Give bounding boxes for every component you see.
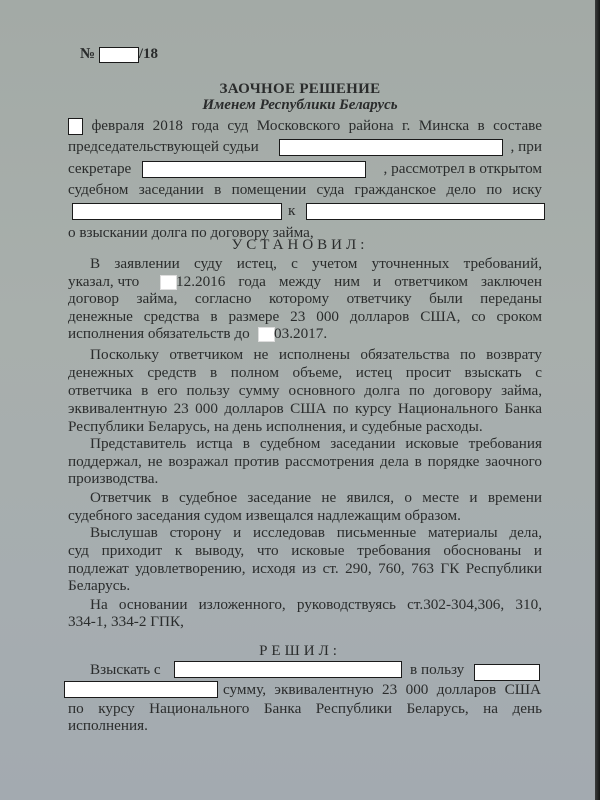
text: председательствующей судьи xyxy=(68,138,259,155)
text: денежных средств в полном объеме, истец … xyxy=(68,364,542,381)
text: , при xyxy=(511,138,542,156)
text: к xyxy=(288,202,295,220)
redaction-box xyxy=(99,47,139,63)
text: в пользу xyxy=(410,661,464,679)
text: сумму, эквивалентную 23 000 долларов США xyxy=(223,681,541,699)
text: денежные средства в размере 23 000 долла… xyxy=(68,308,542,325)
p2-line-2: денежных средств в полном объеме, истец … xyxy=(68,364,542,382)
decision-line-4: исполнения. xyxy=(68,717,542,735)
decision-line-1: Взыскать с в пользу xyxy=(68,661,542,679)
document-subtitle: Именем Республики Беларусь xyxy=(0,97,600,114)
text: договор займа, согласно которому ответчи… xyxy=(68,290,542,307)
redaction-box xyxy=(174,661,402,678)
text: по курсу Национального Банка Республики … xyxy=(68,700,542,717)
text: подлежат удовлетворению, исходя из ст. 2… xyxy=(68,560,542,577)
p6-line-2: 334-1, 334-2 ГПК, xyxy=(68,613,542,631)
p1-line-5: исполнения обязательств до 03.2017. xyxy=(68,325,542,343)
text: Выслушав сторону и исследовав письменные… xyxy=(90,524,542,541)
p2-line-5: Республики Беларусь, на день исполнения,… xyxy=(68,418,542,436)
intro-line-4: судебном заседании в помещении суда граж… xyxy=(68,181,542,199)
text: ответчика в его пользу сумму основного д… xyxy=(68,382,542,399)
text: Беларусь. xyxy=(68,577,130,594)
text: поддержал, не возражал против рассмотрен… xyxy=(68,453,542,470)
text: , рассмотрел в открытом xyxy=(384,160,542,178)
redaction-box xyxy=(160,275,177,290)
redaction-box xyxy=(474,664,540,681)
p1-line-2: указал, что 12.2016 года между ним и отв… xyxy=(68,273,542,291)
text: судебного заседания судом извещался надл… xyxy=(68,507,461,524)
p1-line-3: договор займа, согласно которому ответчи… xyxy=(68,290,542,308)
text: секретаре xyxy=(68,160,131,177)
redaction-box xyxy=(68,118,83,135)
text: производства. xyxy=(68,470,158,487)
p3-line-3: производства. xyxy=(68,470,542,488)
document-title: ЗАОЧНОЕ РЕШЕНИЕ xyxy=(0,81,600,98)
page-edge-shadow xyxy=(595,0,600,800)
text: Республики Беларусь, на день исполнения,… xyxy=(68,418,483,435)
text: Поскольку ответчиком не исполнены обязат… xyxy=(90,346,542,363)
p4-line-1: Ответчик в судебное заседание не явился,… xyxy=(68,489,542,507)
redaction-box xyxy=(258,327,275,342)
text: февраля 2018 года суд Московского района… xyxy=(91,117,542,134)
decision-line-3: по курсу Национального Банка Республики … xyxy=(68,700,542,718)
text: суд приходит к выводу, что исковые требо… xyxy=(68,542,542,559)
text: указал, что xyxy=(68,273,139,290)
section-heading-established: УСТАНОВИЛ: xyxy=(0,237,600,254)
text: Взыскать с xyxy=(68,661,161,678)
text: Представитель истца в судебном заседании… xyxy=(90,435,542,452)
number-sign: № xyxy=(80,46,95,62)
text: эквивалентную 23 000 долларов США по кур… xyxy=(68,400,542,417)
intro-line-2: председательствующей судьи , при xyxy=(68,138,542,156)
text: На основании изложенного, руководствуясь… xyxy=(90,596,542,613)
redaction-box xyxy=(306,203,545,220)
p4-line-2: судебного заседания судом извещался надл… xyxy=(68,507,542,525)
p5-line-2: суд приходит к выводу, что исковые требо… xyxy=(68,542,542,560)
p2-line-3: ответчика в его пользу сумму основного д… xyxy=(68,382,542,400)
case-number: № /18 xyxy=(80,46,158,63)
p5-line-1: Выслушав сторону и исследовав письменные… xyxy=(68,524,542,542)
text: исполнения обязательств до xyxy=(68,325,250,342)
p3-line-1: Представитель истца в судебном заседании… xyxy=(68,435,542,453)
text: 03.2017. xyxy=(274,325,327,343)
p2-line-4: эквивалентную 23 000 долларов США по кур… xyxy=(68,400,542,418)
text: Ответчик в судебное заседание не явился,… xyxy=(90,489,542,506)
redaction-box xyxy=(279,139,503,156)
redaction-box xyxy=(64,681,218,698)
p5-line-3: подлежат удовлетворению, исходя из ст. 2… xyxy=(68,560,542,578)
p6-line-1: На основании изложенного, руководствуясь… xyxy=(68,596,542,614)
text: 12.2016 года между ним и ответчиком закл… xyxy=(176,273,542,291)
p5-line-4: Беларусь. xyxy=(68,577,542,595)
text: судебном заседании в помещении суда граж… xyxy=(68,181,542,198)
redaction-box xyxy=(72,203,282,220)
intro-line-1: февраля 2018 года суд Московского района… xyxy=(68,117,542,135)
intro-line-3: секретаре , рассмотрел в открытом xyxy=(68,160,542,178)
p1-line-4: денежные средства в размере 23 000 долла… xyxy=(68,308,542,326)
text: В заявлении суду истец, с учетом уточнен… xyxy=(90,255,542,272)
number-suffix: /18 xyxy=(139,46,158,62)
p2-line-1: Поскольку ответчиком не исполнены обязат… xyxy=(68,346,542,364)
text: исполнения. xyxy=(68,717,148,734)
section-heading-decided: РЕШИЛ: xyxy=(0,643,600,660)
p3-line-2: поддержал, не возражал против рассмотрен… xyxy=(68,453,542,471)
p1-line-1: В заявлении суду истец, с учетом уточнен… xyxy=(68,255,542,273)
text: 334-1, 334-2 ГПК, xyxy=(68,613,184,630)
redaction-box xyxy=(142,161,366,178)
